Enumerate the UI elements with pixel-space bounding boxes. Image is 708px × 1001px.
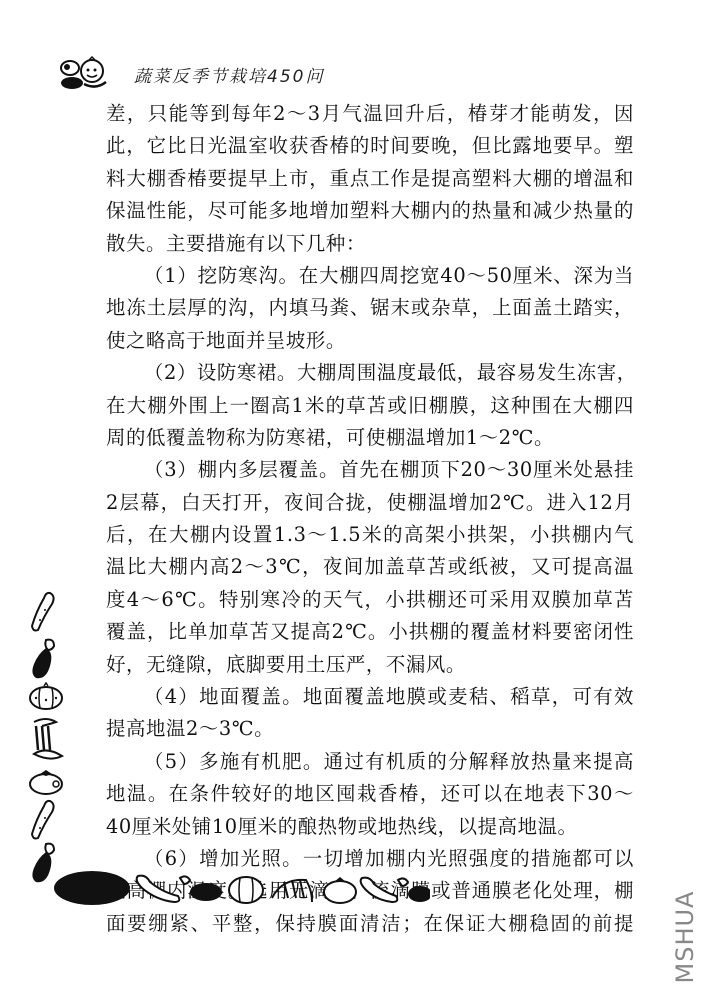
cucumber-icon [28, 590, 58, 634]
watermark: MSHUA [670, 882, 700, 992]
watermark-text: MSHUA [671, 891, 699, 984]
text-line: 差，只能等到每年2～3月气温回升后，椿芽才能萌发，因 [106, 98, 634, 130]
tomato-icon [324, 877, 356, 903]
pumpkin-icon [229, 877, 263, 903]
running-header: 蔬菜反季节栽培450问 [58, 56, 324, 92]
text-line: 40厘米处铺10厘米的酿热物或地热线，以提高地温。 [106, 811, 634, 843]
text-line: （3）棚内多层覆盖。首先在棚顶下20～30厘米处悬挂 [106, 454, 634, 486]
tomato-icon [28, 768, 64, 796]
text-line: 覆盖，比单加草苫又提高2℃。小拱棚的覆盖材料要密闭性 [106, 616, 634, 648]
text-line: （5）多施有机肥。通过有机质的分解释放热量来提高 [106, 746, 634, 778]
cucumber-icon [28, 798, 58, 842]
text-line: 使之略高于地面并呈坡形。 [106, 325, 634, 357]
text-line: （4）地面覆盖。地面覆盖地膜或麦秸、稻草，可有效 [106, 681, 634, 713]
book-title: 蔬菜反季节栽培450问 [134, 62, 324, 87]
text-line: 度4～6℃。特别寒冷的天气，小拱棚还可采用双膜加草苫 [106, 584, 634, 616]
corn-icon [272, 880, 312, 902]
text-line: 在大棚外围上一圈高1米的草苫或旧棚膜，这种围在大棚四 [106, 390, 634, 422]
eggplant-icon [398, 878, 430, 902]
text-line: 地冻土层厚的沟，内填马粪、锯末或杂草，上面盖土踏实， [106, 292, 634, 324]
eggplant-icon [28, 636, 62, 682]
text-line: 此，它比日光温室收获香椿的时间要晚，但比露地要早。塑 [106, 130, 634, 162]
text-line: 散失。主要措施有以下几种： [106, 228, 634, 260]
text-line: 提高地温2～3℃。 [106, 713, 634, 745]
text-line: （2）设防寒裙。大棚周围温度最低，最容易发生冻害， [106, 357, 634, 389]
text-line: 好，无缝隙，底脚要用土压严，不漏风。 [106, 649, 634, 681]
page-text: 差，只能等到每年2～3月气温回升后，椿芽才能萌发，因此，它比日光温室收获香椿的时… [106, 98, 634, 940]
text-line: （1）挖防寒沟。在大棚四周挖宽40～50厘米、深为当 [106, 260, 634, 292]
text-line: 2层幕，白天打开，夜间合拢，使棚温增加2℃。进入12月 [106, 487, 634, 519]
text-line: 后，在大棚内设置1.3～1.5米的高架小拱架，小拱棚内气 [106, 519, 634, 551]
text-line: 温比大棚内高2～3℃，夜间加盖草苫或纸被，又可提高温 [106, 551, 634, 583]
text-line: 料大棚香椿要提早上市，重点工作是提高塑料大棚的增温和 [106, 163, 634, 195]
eggplant-icon [180, 876, 222, 901]
cucumber-icon [361, 878, 398, 902]
black-oval-icon [54, 871, 130, 905]
vegetables-cartoon-icon [58, 56, 120, 92]
cucumber-icon [137, 876, 180, 902]
text-line: 周的低覆盖物称为防寒裙，可使棚温增加1～2℃。 [106, 422, 634, 454]
text-line: 面要绷紧、平整，保持膜面清洁；在保证大棚稳固的前提 [106, 908, 634, 940]
bottom-vegetable-decorations [50, 868, 430, 908]
corn-icon [28, 716, 66, 762]
pumpkin-icon [28, 682, 64, 712]
text-line: 保温性能，尽可能多地增加塑料大棚内的热量和减少热量的 [106, 195, 634, 227]
text-line: 地温。在条件较好的地区囤栽香椿，还可以在地表下30～ [106, 778, 634, 810]
